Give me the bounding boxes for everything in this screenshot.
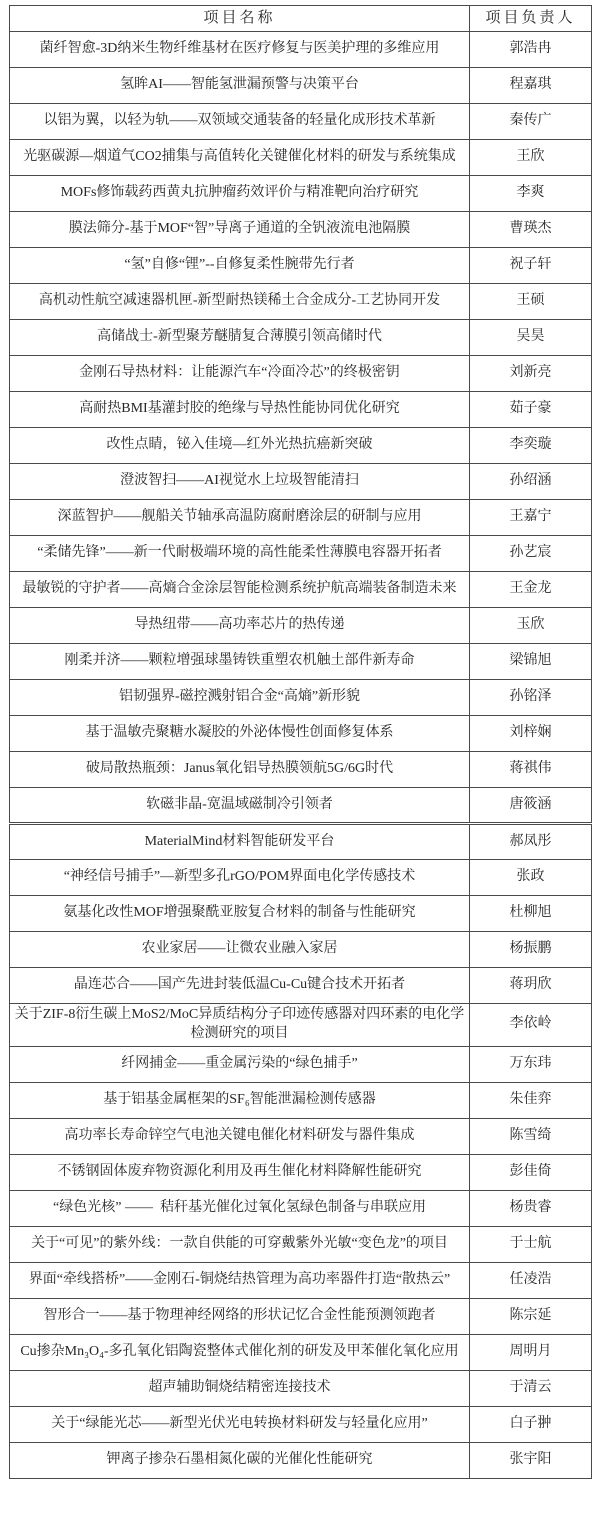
project-name-cell: 不锈钢固体废弃物资源化利用及再生催化材料降解性能研究 — [10, 1154, 470, 1190]
table-row: 光驱碳源—烟道气CO2捕集与高值转化关键催化材料的研发与系统集成王欣 — [10, 140, 592, 176]
project-leader-cell: 李依岭 — [470, 1004, 592, 1047]
project-leader-cell: 王硕 — [470, 284, 592, 320]
project-name-cell: 界面“牵线搭桥”——金刚石-铜烧结热管理为高功率器件打造“散热云” — [10, 1262, 470, 1298]
project-name-cell: Cu掺杂Mn₃O₄-多孔氧化铝陶瓷整体式催化剂的研发及甲苯催化氧化应用 — [10, 1334, 470, 1370]
project-leader-cell: 曹瑛杰 — [470, 212, 592, 248]
table-row: 界面“牵线搭桥”——金刚石-铜烧结热管理为高功率器件打造“散热云”任凌浩 — [10, 1262, 592, 1298]
table-row: 改性点睛，铋入佳境—红外光热抗癌新突破李奕璇 — [10, 428, 592, 464]
table-row: 澄波智扫——AI视觉水上垃圾智能清扫孙绍涵 — [10, 464, 592, 500]
project-name-cell: 钾离子掺杂石墨相氮化碳的光催化性能研究 — [10, 1442, 470, 1478]
table-row: 高机动性航空减速器机匣-新型耐热镁稀土合金成分-工艺协同开发王硕 — [10, 284, 592, 320]
project-name-cell: “绿色光核” —— 秸秆基光催化过氧化氢绿色制备与串联应用 — [10, 1190, 470, 1226]
table-row: 晶连芯合——国产先进封装低温Cu-Cu键合技术开拓者蒋玥欣 — [10, 968, 592, 1004]
table-row: 高功率长寿命锌空气电池关键电催化材料研发与器件集成陈雪绮 — [10, 1118, 592, 1154]
project-name-cell: 高功率长寿命锌空气电池关键电催化材料研发与器件集成 — [10, 1118, 470, 1154]
project-leader-cell: 蒋玥欣 — [470, 968, 592, 1004]
project-leader-cell: 杜柳旭 — [470, 896, 592, 932]
project-leader-cell: 杨贵睿 — [470, 1190, 592, 1226]
table-row: 金刚石导热材料：让能源汽车“冷面冷芯”的终极密钥刘新亮 — [10, 356, 592, 392]
project-leader-cell: 玉欣 — [470, 608, 592, 644]
table-row: 膜法筛分-基于MOF“智”导离子通道的全钒液流电池隔膜曹瑛杰 — [10, 212, 592, 248]
table-body: 菌纤智愈-3D纳米生物纤维基材在医疗修复与医美护理的多维应用郭浩冉氢眸AI——智… — [10, 32, 592, 1479]
table-row: 菌纤智愈-3D纳米生物纤维基材在医疗修复与医美护理的多维应用郭浩冉 — [10, 32, 592, 68]
project-leader-cell: 孙铭泽 — [470, 680, 592, 716]
table-row: “神经信号捕手”—新型多孔rGO/POM界面电化学传感技术张政 — [10, 860, 592, 896]
table-row: MaterialMind材料智能研发平台郝凤彤 — [10, 824, 592, 860]
project-name-cell: 关于“可见”的紫外线：一款自供能的可穿戴紫外光敏“变色龙”的项目 — [10, 1226, 470, 1262]
table-row: 软磁非晶-宽温域磁制冷引领者唐筱涵 — [10, 788, 592, 824]
project-name-cell: 刚柔并济——颗粒增强球墨铸铁重塑农机触土部件新寿命 — [10, 644, 470, 680]
project-name-cell: 关于“绿能光芯——新型光伏光电转换材料研发与轻量化应用” — [10, 1406, 470, 1442]
table-row: 氨基化改性MOF增强聚酰亚胺复合材料的制备与性能研究杜柳旭 — [10, 896, 592, 932]
project-leader-cell: 白子翀 — [470, 1406, 592, 1442]
project-name-cell: 晶连芯合——国产先进封装低温Cu-Cu键合技术开拓者 — [10, 968, 470, 1004]
table-row: “绿色光核” —— 秸秆基光催化过氧化氢绿色制备与串联应用杨贵睿 — [10, 1190, 592, 1226]
project-leader-cell: 朱佳弈 — [470, 1082, 592, 1118]
project-name-cell: 超声辅助铜烧结精密连接技术 — [10, 1370, 470, 1406]
project-leader-cell: 刘梓娴 — [470, 716, 592, 752]
table-row: 纤网捕金——重金属污染的“绿色捕手”万东玮 — [10, 1046, 592, 1082]
table-row: 农业家居——让微农业融入家居杨振鹏 — [10, 932, 592, 968]
project-name-cell: 氢眸AI——智能氢泄漏预警与决策平台 — [10, 68, 470, 104]
project-name-cell: 高储战士-新型聚芳醚腈复合薄膜引领高储时代 — [10, 320, 470, 356]
table-header: 项目名称 项目负责人 — [10, 6, 592, 32]
table-row: 高耐热BMI基灌封胶的绝缘与导热性能协同优化研究茹子豪 — [10, 392, 592, 428]
project-leader-cell: 郭浩冉 — [470, 32, 592, 68]
project-name-cell: “神经信号捕手”—新型多孔rGO/POM界面电化学传感技术 — [10, 860, 470, 896]
project-name-cell: 菌纤智愈-3D纳米生物纤维基材在医疗修复与医美护理的多维应用 — [10, 32, 470, 68]
project-leader-cell: 刘新亮 — [470, 356, 592, 392]
project-name-cell: 光驱碳源—烟道气CO2捕集与高值转化关键催化材料的研发与系统集成 — [10, 140, 470, 176]
table-row: 关于“可见”的紫外线：一款自供能的可穿戴紫外光敏“变色龙”的项目于士航 — [10, 1226, 592, 1262]
project-leader-cell: 茹子豪 — [470, 392, 592, 428]
table-row: 导热纽带——高功率芯片的热传递玉欣 — [10, 608, 592, 644]
table-row: 基于温敏壳聚糖水凝胶的外泌体慢性创面修复体系刘梓娴 — [10, 716, 592, 752]
table-row: 高储战士-新型聚芳醚腈复合薄膜引领高储时代吴昊 — [10, 320, 592, 356]
project-leader-cell: 张宇阳 — [470, 1442, 592, 1478]
column-header-project-name: 项目名称 — [10, 6, 470, 32]
project-leader-cell: 蒋祺伟 — [470, 752, 592, 788]
project-leader-cell: 于士航 — [470, 1226, 592, 1262]
project-leader-cell: 于清云 — [470, 1370, 592, 1406]
project-name-cell: 纤网捕金——重金属污染的“绿色捕手” — [10, 1046, 470, 1082]
project-name-cell: 高机动性航空减速器机匣-新型耐热镁稀土合金成分-工艺协同开发 — [10, 284, 470, 320]
project-leader-cell: 吴昊 — [470, 320, 592, 356]
table-row: 以铝为翼，以轻为轨——双领域交通装备的轻量化成形技术革新秦传广 — [10, 104, 592, 140]
table-row: 最敏锐的守护者——高熵合金涂层智能检测系统护航高端装备制造未来王金龙 — [10, 572, 592, 608]
project-leader-cell: 秦传广 — [470, 104, 592, 140]
document-page: 项目名称 项目负责人 菌纤智愈-3D纳米生物纤维基材在医疗修复与医美护理的多维应… — [0, 0, 599, 1539]
project-leader-cell: 万东玮 — [470, 1046, 592, 1082]
project-leader-cell: 李爽 — [470, 176, 592, 212]
project-leader-cell: 梁锦旭 — [470, 644, 592, 680]
table-row: 深蓝智护——舰船关节轴承高温防腐耐磨涂层的研制与应用王嘉宁 — [10, 500, 592, 536]
project-leader-cell: 杨振鹏 — [470, 932, 592, 968]
project-name-cell: 关于ZIF-8衍生碳上MoS2/MoC异质结构分子印迹传感器对四环素的电化学检测… — [10, 1004, 470, 1047]
table-row: 氢眸AI——智能氢泄漏预警与决策平台程嘉琪 — [10, 68, 592, 104]
project-leader-cell: 陈雪绮 — [470, 1118, 592, 1154]
project-name-cell: 破局散热瓶颈：Janus氧化铝导热膜领航5G/6G时代 — [10, 752, 470, 788]
header-row: 项目名称 项目负责人 — [10, 6, 592, 32]
table-row: 关于“绿能光芯——新型光伏光电转换材料研发与轻量化应用”白子翀 — [10, 1406, 592, 1442]
project-leader-cell: 孙艺宸 — [470, 536, 592, 572]
table-row: Cu掺杂Mn₃O₄-多孔氧化铝陶瓷整体式催化剂的研发及甲苯催化氧化应用周明月 — [10, 1334, 592, 1370]
project-name-cell: 澄波智扫——AI视觉水上垃圾智能清扫 — [10, 464, 470, 500]
project-name-cell: 改性点睛，铋入佳境—红外光热抗癌新突破 — [10, 428, 470, 464]
project-name-cell: “柔储先锋”——新一代耐极端环境的高性能柔性薄膜电容器开拓者 — [10, 536, 470, 572]
project-leader-cell: 祝子轩 — [470, 248, 592, 284]
project-leader-cell: 周明月 — [470, 1334, 592, 1370]
project-leader-cell: 王欣 — [470, 140, 592, 176]
project-leader-cell: 王嘉宁 — [470, 500, 592, 536]
table-row: 钾离子掺杂石墨相氮化碳的光催化性能研究张宇阳 — [10, 1442, 592, 1478]
table-row: 铝韧强界-磁控溅射铝合金“高熵”新形貌孙铭泽 — [10, 680, 592, 716]
table-row: 刚柔并济——颗粒增强球墨铸铁重塑农机触土部件新寿命梁锦旭 — [10, 644, 592, 680]
table-row: “柔储先锋”——新一代耐极端环境的高性能柔性薄膜电容器开拓者孙艺宸 — [10, 536, 592, 572]
project-name-cell: 以铝为翼，以轻为轨——双领域交通装备的轻量化成形技术革新 — [10, 104, 470, 140]
project-leader-cell: 程嘉琪 — [470, 68, 592, 104]
table-row: 基于铝基金属框架的SF₆智能泄漏检测传感器朱佳弈 — [10, 1082, 592, 1118]
project-leader-cell: 郝凤彤 — [470, 824, 592, 860]
project-name-cell: 金刚石导热材料：让能源汽车“冷面冷芯”的终极密钥 — [10, 356, 470, 392]
project-name-cell: 基于温敏壳聚糖水凝胶的外泌体慢性创面修复体系 — [10, 716, 470, 752]
project-table: 项目名称 项目负责人 菌纤智愈-3D纳米生物纤维基材在医疗修复与医美护理的多维应… — [9, 5, 592, 1479]
project-leader-cell: 彭佳倚 — [470, 1154, 592, 1190]
project-name-cell: 铝韧强界-磁控溅射铝合金“高熵”新形貌 — [10, 680, 470, 716]
table-row: 超声辅助铜烧结精密连接技术于清云 — [10, 1370, 592, 1406]
project-name-cell: 最敏锐的守护者——高熵合金涂层智能检测系统护航高端装备制造未来 — [10, 572, 470, 608]
project-leader-cell: 李奕璇 — [470, 428, 592, 464]
table-row: 关于ZIF-8衍生碳上MoS2/MoC异质结构分子印迹传感器对四环素的电化学检测… — [10, 1004, 592, 1047]
project-name-cell: 氨基化改性MOF增强聚酰亚胺复合材料的制备与性能研究 — [10, 896, 470, 932]
project-leader-cell: 陈宗延 — [470, 1298, 592, 1334]
table-row: “氢”自修“锂”--自修复柔性腕带先行者祝子轩 — [10, 248, 592, 284]
project-name-cell: 膜法筛分-基于MOF“智”导离子通道的全钒液流电池隔膜 — [10, 212, 470, 248]
table-row: 智形合一——基于物理神经网络的形状记忆合金性能预测领跑者陈宗延 — [10, 1298, 592, 1334]
project-name-cell: 农业家居——让微农业融入家居 — [10, 932, 470, 968]
project-name-cell: 深蓝智护——舰船关节轴承高温防腐耐磨涂层的研制与应用 — [10, 500, 470, 536]
project-leader-cell: 孙绍涵 — [470, 464, 592, 500]
project-name-cell: 智形合一——基于物理神经网络的形状记忆合金性能预测领跑者 — [10, 1298, 470, 1334]
project-name-cell: MaterialMind材料智能研发平台 — [10, 824, 470, 860]
table-row: MOFs修饰载药西黄丸抗肿瘤药效评价与精准靶向治疗研究李爽 — [10, 176, 592, 212]
project-leader-cell: 王金龙 — [470, 572, 592, 608]
project-leader-cell: 张政 — [470, 860, 592, 896]
project-leader-cell: 任凌浩 — [470, 1262, 592, 1298]
column-header-project-leader: 项目负责人 — [470, 6, 592, 32]
project-name-cell: 导热纽带——高功率芯片的热传递 — [10, 608, 470, 644]
project-name-cell: 高耐热BMI基灌封胶的绝缘与导热性能协同优化研究 — [10, 392, 470, 428]
table-row: 破局散热瓶颈：Janus氧化铝导热膜领航5G/6G时代蒋祺伟 — [10, 752, 592, 788]
project-name-cell: 软磁非晶-宽温域磁制冷引领者 — [10, 788, 470, 824]
project-name-cell: 基于铝基金属框架的SF₆智能泄漏检测传感器 — [10, 1082, 470, 1118]
project-name-cell: “氢”自修“锂”--自修复柔性腕带先行者 — [10, 248, 470, 284]
project-leader-cell: 唐筱涵 — [470, 788, 592, 824]
project-name-cell: MOFs修饰载药西黄丸抗肿瘤药效评价与精准靶向治疗研究 — [10, 176, 470, 212]
table-row: 不锈钢固体废弃物资源化利用及再生催化材料降解性能研究彭佳倚 — [10, 1154, 592, 1190]
